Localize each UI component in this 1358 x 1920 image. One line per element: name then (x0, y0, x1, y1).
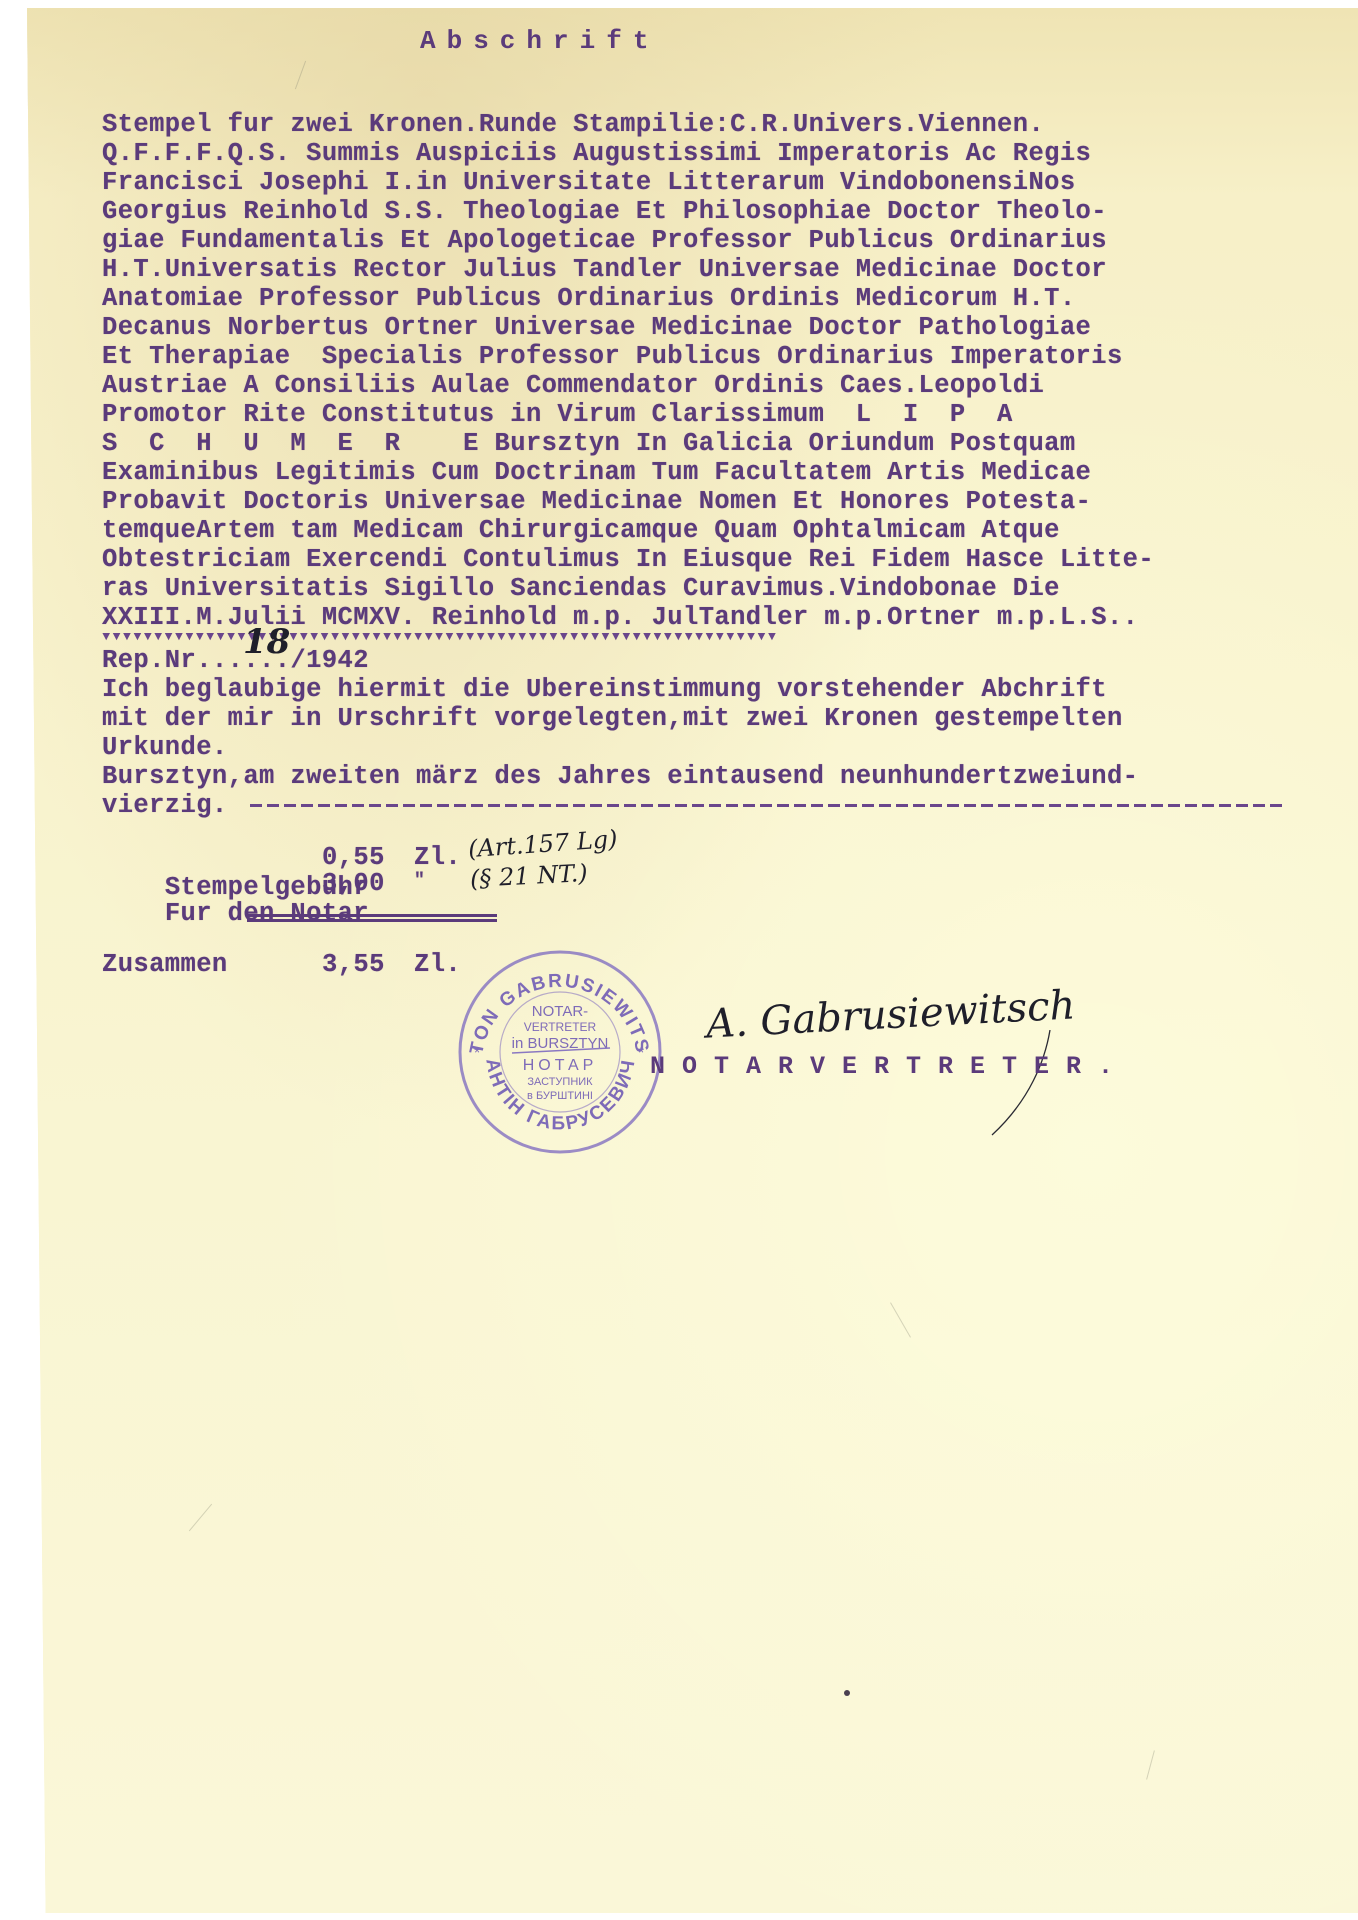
fee-amount: 3,00 (322, 869, 385, 899)
notary-stamp: ANTON GABRUSIEWITSCH АНТІН ГАБРУСЕВИЧ * … (452, 946, 667, 1156)
document-title: Abschrift (420, 26, 659, 56)
copy-line: Georgius Reinhold S.S. Theologiae Et Phi… (102, 197, 1107, 227)
copy-line: giae Fundamentalis Et Apologeticae Profe… (102, 226, 1107, 256)
copy-line: Probavit Doctoris Universae Medicinae No… (102, 487, 1091, 517)
signature-title: NOTARVERTRETER. (650, 1052, 1130, 1081)
rep-number-handwritten: 18 (243, 622, 290, 662)
total-double-rule (247, 914, 497, 922)
certification-line: Urkunde. (102, 733, 228, 763)
copy-line: Q.F.F.F.Q.S. Summis Auspiciis Augustissi… (102, 139, 1091, 169)
fee-total-amount: 3,55 (322, 950, 385, 980)
copy-line: temqueArtem tam Medicam Chirurgicamque Q… (102, 516, 1060, 546)
svg-text:NOTAR-: NOTAR- (532, 1003, 588, 1020)
certification-line: Bursztyn,am zweiten märz des Jahres eint… (102, 762, 1138, 792)
svg-text:*: * (474, 1045, 480, 1062)
dashed-fill-line (250, 804, 1285, 807)
svg-text:ЗАСТУПНИК: ЗАСТУПНИК (527, 1076, 593, 1088)
signature-flourish-icon (990, 1030, 1070, 1140)
certification-line: vierzig. (102, 791, 228, 821)
copy-line: Francisci Josephi I.in Universitate Litt… (102, 168, 1076, 198)
copy-line: Promotor Rite Constitutus in Virum Clari… (102, 400, 1013, 430)
certification-line: mit der mir in Urschrift vorgelegten,mit… (102, 704, 1123, 734)
svg-text:НОТАР: НОТАР (523, 1057, 598, 1074)
copy-line: Et Therapiae Specialis Professor Publicu… (102, 342, 1123, 372)
copy-line: Austriae A Consiliis Aulae Commendator O… (102, 371, 1044, 401)
copy-line: H.T.Universatis Rector Julius Tandler Un… (102, 255, 1107, 285)
copy-line: ras Universitatis Sigillo Sanciendas Cur… (102, 574, 1060, 604)
stamp-seal-icon: ANTON GABRUSIEWITSCH АНТІН ГАБРУСЕВИЧ * … (452, 946, 667, 1156)
copy-line: Anatomiae Professor Publicus Ordinarius … (102, 284, 1076, 314)
certification-line: Ich beglaubige hiermit die Ubereinstimmu… (102, 675, 1107, 705)
paper-speck (844, 1690, 850, 1696)
rep-number: Rep.Nr....../1942 (102, 646, 369, 676)
copy-line: Examinibus Legitimis Cum Doctrinam Tum F… (102, 458, 1091, 488)
svg-text:*: * (638, 1045, 644, 1062)
svg-text:VERTRETER: VERTRETER (524, 1020, 597, 1034)
fee-total-label: Zusammen (102, 950, 228, 980)
copy-line: S C H U M E R E Bursztyn In Galicia Oriu… (102, 429, 1076, 459)
copy-line: Decanus Norbertus Ortner Universae Medic… (102, 313, 1091, 343)
svg-text:в БУРШТИНІ: в БУРШТИНІ (527, 1090, 593, 1102)
copy-line: Stempel fur zwei Kronen.Runde Stampilie:… (102, 110, 1044, 140)
fee-unit-ditto: " (414, 866, 425, 896)
copy-line: Obtestriciam Exercendi Contulimus In Eiu… (102, 545, 1154, 575)
